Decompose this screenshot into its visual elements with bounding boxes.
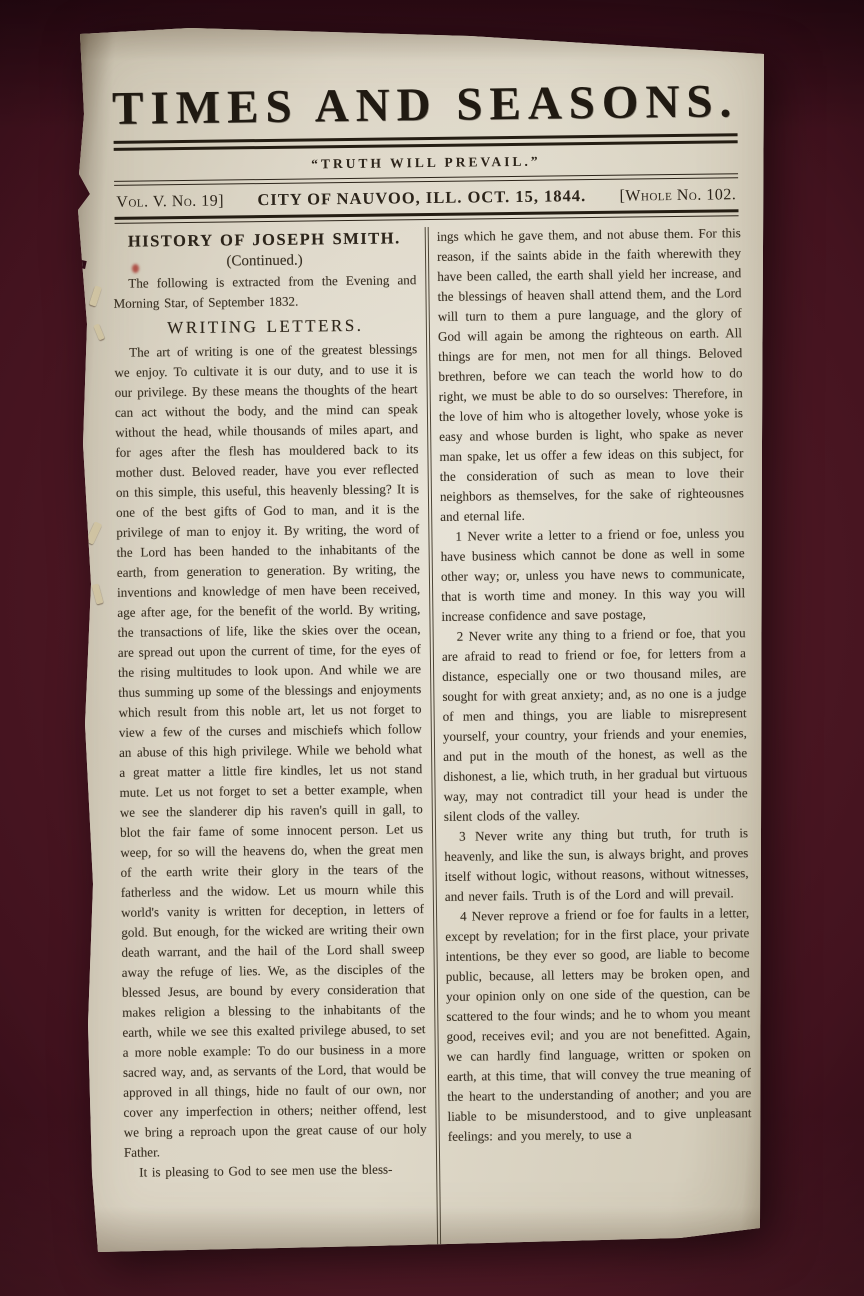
right-column: ings which he gave them, and not abuse t… <box>437 223 754 1273</box>
body-paragraph: The art of writing is one of the greates… <box>114 339 427 1163</box>
body-paragraph: 2 Never write any thing to a friend or f… <box>442 623 748 827</box>
motto-rule <box>114 173 738 186</box>
binding-notch <box>75 259 86 269</box>
dateline-city-date: CITY OF NAUVOO, ILL. OCT. 15, 1844. <box>257 186 586 210</box>
body-paragraph: It is pleasing to God to see men use the… <box>124 1159 427 1183</box>
dateline-whole-number: [Whole No. 102. <box>619 186 736 205</box>
motto: “TRUTH WILL PREVAIL.” <box>112 151 740 175</box>
article-intro: The following is extracted from the Even… <box>113 270 416 314</box>
binding-thread <box>92 583 104 604</box>
binding-notch <box>73 609 83 620</box>
binding-thread <box>89 285 102 306</box>
section-heading: WRITING LETTERS. <box>114 312 417 342</box>
dateline-rule <box>115 209 739 224</box>
masthead: TIMES AND SEASONS. <box>111 76 740 134</box>
body-paragraph: ings which he gave them, and not abuse t… <box>437 223 745 527</box>
left-column: HISTORY OF JOSEPH SMITH. (Continued.) Th… <box>113 227 429 1277</box>
photo-background: TIMES AND SEASONS. “TRUTH WILL PREVAIL.”… <box>0 0 864 1296</box>
dateline-volume: Vol. V. No. 19] <box>116 193 224 212</box>
page-content: TIMES AND SEASONS. “TRUTH WILL PREVAIL.”… <box>111 50 754 1277</box>
dateline: Vol. V. No. 19] CITY OF NAUVOO, ILL. OCT… <box>116 184 736 212</box>
masthead-rule <box>114 133 738 151</box>
masthead-title: TIMES AND SEASONS. <box>111 76 740 134</box>
newspaper-page: TIMES AND SEASONS. “TRUTH WILL PREVAIL.”… <box>70 24 770 1256</box>
body-paragraph: 4 Never reprove a friend or foe for faul… <box>445 903 752 1147</box>
body-paragraph: 3 Never write any thing but truth, for t… <box>444 823 749 907</box>
binding-thread <box>86 521 103 544</box>
body-paragraph: 1 Never write a letter to a friend or fo… <box>440 523 745 627</box>
article-heading: HISTORY OF JOSEPH SMITH. <box>113 227 416 253</box>
binding-thread <box>93 323 105 340</box>
article-columns: HISTORY OF JOSEPH SMITH. (Continued.) Th… <box>113 223 754 1277</box>
